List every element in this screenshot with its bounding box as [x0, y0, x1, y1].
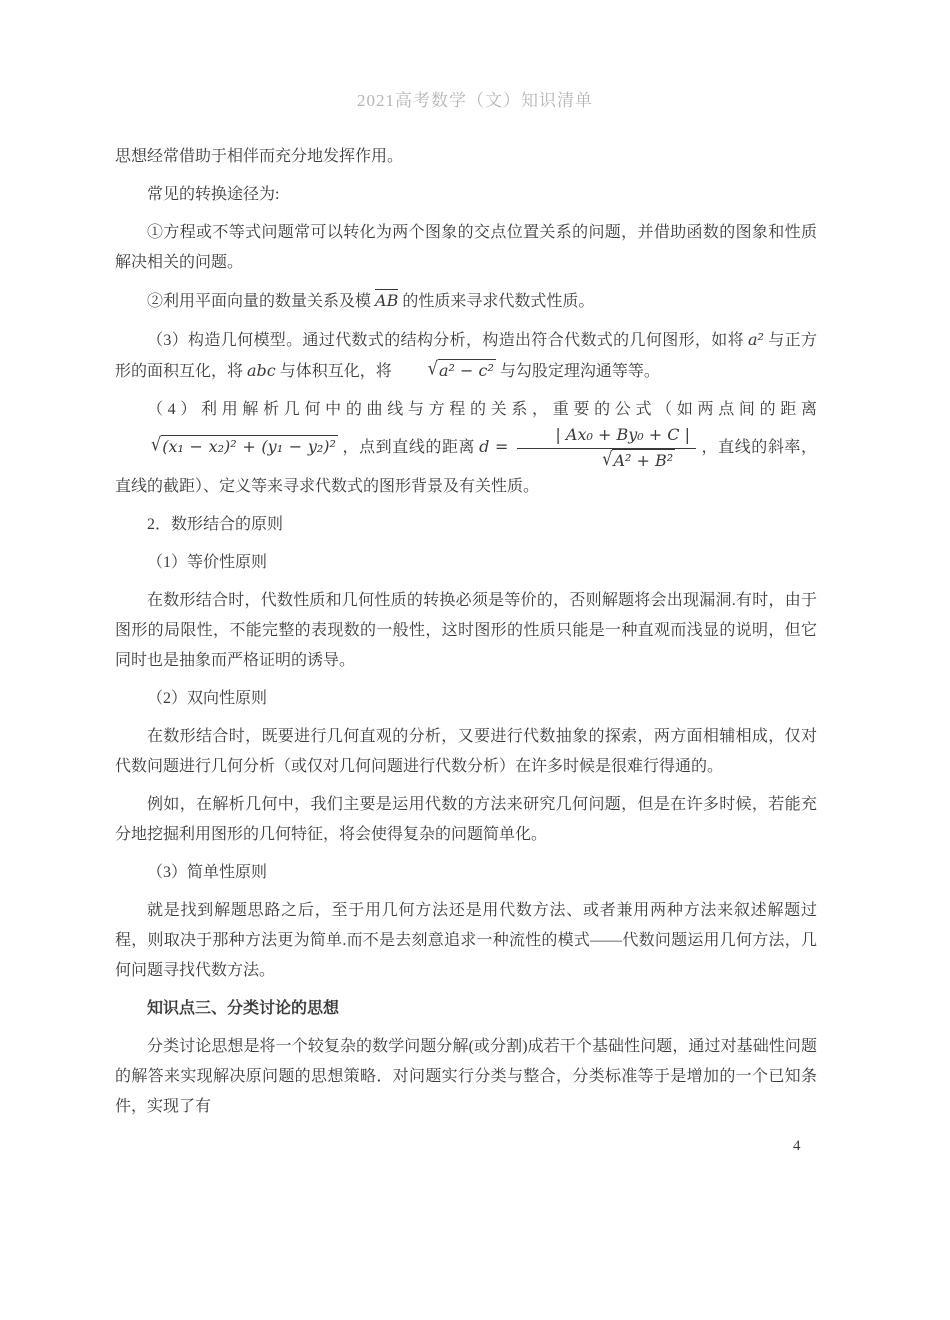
text-run: 的性质来寻求代数式性质。	[402, 293, 594, 310]
text-run: ，	[342, 439, 359, 456]
heading-equivalence-principle: （1）等价性原则	[115, 548, 817, 578]
fraction-denominator: √A² + B²	[517, 449, 696, 472]
radical-sign: √	[570, 448, 612, 472]
fraction-numerator: | Ax₀ + By₀ + C |	[517, 425, 696, 449]
point-line-distance-fraction: | Ax₀ + By₀ + C |√A² + B²	[517, 425, 696, 472]
para-item-4-analytic-geometry: （4）利用解析几何中的曲线与方程的关系，重要的公式（如两点间的距离√(x₁ − …	[115, 395, 817, 502]
para-conversion-paths: 常见的转换途径为:	[115, 180, 817, 210]
text-run: ②利用平面向量的数量关系及模	[147, 293, 371, 310]
vector-ab-overline-formula: AB	[375, 289, 398, 310]
document-header-title: 2021高考数学（文）知识清单	[0, 86, 950, 111]
heading-principles: 2．数形结合的原则	[115, 510, 817, 540]
heading-simplicity-principle: （3）简单性原则	[115, 858, 817, 888]
two-point-distance-formula: √(x₁ − x₂)² + (y₁ − y₂)²	[119, 437, 338, 456]
text-run: 与勾股定理沟通等等。	[500, 363, 660, 380]
heading-knowledge-point-3: 知识点三、分类讨论的思想	[115, 994, 817, 1024]
para-simplicity-detail: 就是找到解题思路之后，至于用几何方法还是用代数方法、或者兼用两种方法来叙述解题过…	[115, 896, 817, 986]
para-equivalence-detail: 在数形结合时，代数性质和几何性质的转换必须是等价的，否则解题将会出现漏洞.有时，…	[115, 586, 817, 676]
document-body: 思想经常借助于相伴而充分地发挥作用。 常见的转换途径为: ①方程或不等式问题常可…	[115, 142, 817, 1122]
sqrt-a2-minus-c2-formula: √a² − c²	[396, 361, 496, 380]
text-run: 与体积互化，将	[280, 363, 392, 380]
a-squared-formula: a²	[748, 330, 764, 349]
para-item-1-equations: ①方程或不等式问题常可以转化为两个图象的交点位置关系的问题，并借助函数的图象和性…	[115, 218, 817, 278]
document-page: 2021高考数学（文）知识清单 思想经常借助于相伴而充分地发挥作用。 常见的转换…	[0, 0, 950, 1320]
para-example-analytic: 例如，在解析几何中，我们主要是运用代数的方法来研究几何问题，但是在许多时候，若能…	[115, 790, 817, 850]
text-run: （3）构造几何模型。通过代数式的结构分析，构造出符合代数式的几何图形，如将	[147, 332, 744, 349]
d-equals: d =	[479, 437, 508, 456]
text-run: 点到直线的距离	[359, 439, 475, 456]
text-run: （4）利用解析几何中的曲线与方程的关系，重要的公式（如两点间的距离	[147, 401, 817, 418]
para-bidirectional-detail: 在数形结合时，既要进行几何直观的分析，又要进行代数抽象的探索，两方面相辅相成，仅…	[115, 722, 817, 782]
radical-sign: √	[119, 427, 161, 462]
heading-bidirectional-principle: （2）双向性原则	[115, 684, 817, 714]
para-item-3-geometric-model: （3）构造几何模型。通过代数式的结构分析，构造出符合代数式的几何图形，如将a²与…	[115, 325, 817, 387]
radical-sign: √	[396, 352, 438, 387]
para-item-2-vectors: ②利用平面向量的数量关系及模AB的性质来寻求代数式性质。	[115, 286, 817, 317]
para-classification-intro: 分类讨论思想是将一个较复杂的数学问题分解(或分割)成若干个基础性问题，通过对基础…	[115, 1032, 817, 1122]
para-intro-continuation: 思想经常借助于相伴而充分地发挥作用。	[115, 142, 817, 172]
abc-formula: abc	[247, 361, 276, 380]
page-number: 4	[793, 1138, 801, 1155]
